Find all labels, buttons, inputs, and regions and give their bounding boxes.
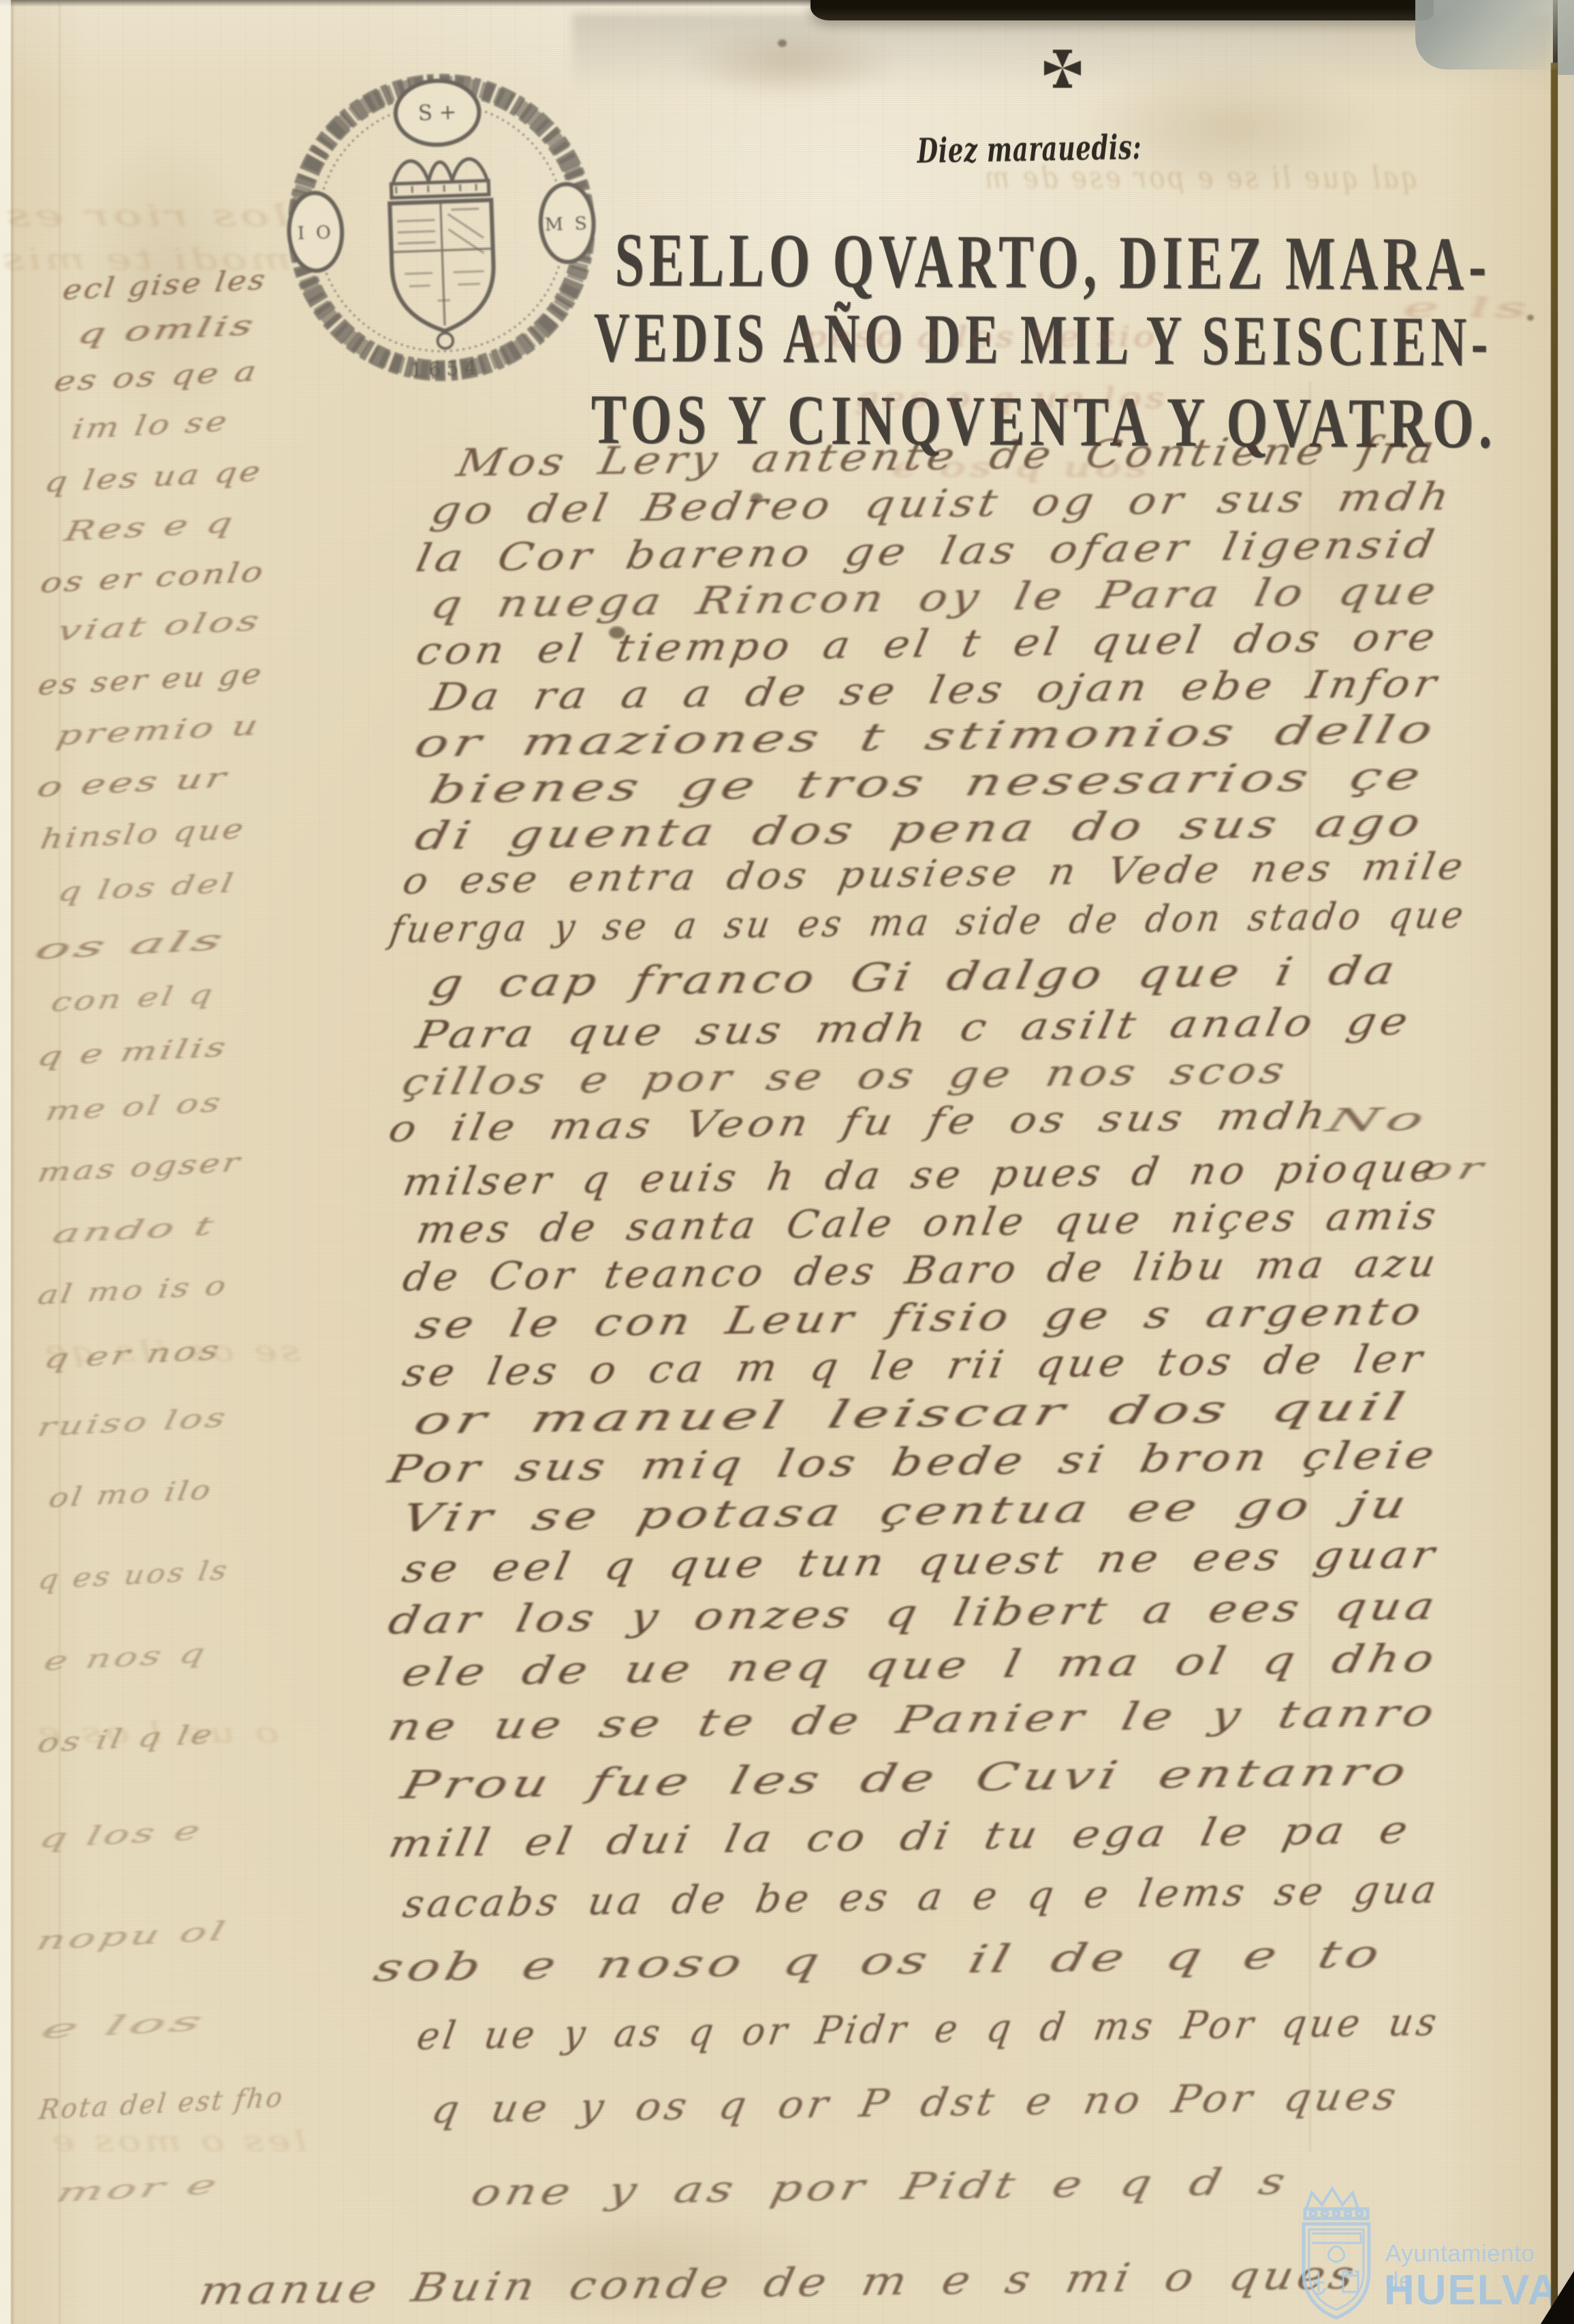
seal-year: 1654 [410, 356, 483, 382]
bleedthrough-line: peso q los ue sio [804, 320, 1158, 353]
ink-speck [609, 626, 625, 639]
handwriting-line: se les o ca m q le rii que tos de ler [399, 1337, 1430, 1395]
seal-top-monogram: S + [418, 101, 457, 126]
handwriting-line: one y as por Pidt e q d s [467, 2159, 1293, 2214]
margin-note-line: os als [31, 924, 230, 966]
handwriting-line: sacabs ua de be es a e q e lems se gua [400, 1868, 1443, 1926]
handwriting-line: o ile mas Veon fu fe os sus mdh [385, 1094, 1333, 1150]
handwriting-line: milser q euis h da se pues d no pioque [400, 1146, 1443, 1205]
printed-seal-text-line: SELLO QVARTO, DIEZ MARA- [614, 217, 1491, 309]
handwriting-line: sob e noso q os il de q e to [370, 1932, 1389, 1990]
handwriting-line: fuerga y se a su es ma side de don stado… [387, 893, 1470, 951]
margin-note-line: q es uos ls [36, 1555, 232, 1595]
handwriting-line: No [1321, 1100, 1435, 1139]
handwriting-line: se le con Leur fisio ge s argento [412, 1289, 1429, 1348]
bleedthrough-line: e ls [1403, 293, 1532, 324]
paper-left-edge-shadow [11, 0, 14, 2324]
paper-stain [681, 25, 899, 99]
margin-note-line: ando t [50, 1210, 220, 1249]
huelva-coat-of-arms-watermark [1291, 2183, 1381, 2324]
paper-stain [1083, 60, 1376, 196]
handwriting-line: Para que sus mdh c asilt analo ge [412, 1000, 1415, 1058]
handwriting-line: Por sus miq los bede si bron çleie [385, 1433, 1443, 1493]
handwriting-line: or maziones t stimonios dello [410, 707, 1442, 766]
handwriting-line: di guenta dos pena do sus ago [411, 800, 1430, 859]
margin-note-line: nopu ol [33, 1915, 232, 1956]
handwriting-line: el ue y as q or Pidr e q d ms Por que us [414, 2000, 1443, 2058]
margin-note-line: os er conlo [38, 556, 268, 600]
handwriting-line: de Cor teanco des Baro de libu ma azu [400, 1241, 1443, 1300]
margin-note-line: Res e q [61, 507, 238, 548]
ink-speck [1527, 315, 1534, 321]
bleedthrough-line: e os q uos [892, 452, 1152, 483]
handwriting-line: dar los y onzes q libert a ees qua [385, 1584, 1443, 1643]
margin-note-line: viat olos [54, 605, 265, 647]
adjacent-page-edge [1558, 0, 1574, 2324]
handwriting-line: bienes ge tros nesesarios çe [425, 754, 1430, 813]
margin-note-line: ruiso los [35, 1402, 231, 1442]
maltese-cross-icon [1041, 48, 1084, 90]
margin-note-line: q e milis [35, 1032, 232, 1072]
document-scan: S + I O M S 1654 Diez marauedis: SELLO Q… [0, 0, 1574, 2324]
margin-note-line: ol mo ilo [47, 1474, 215, 1513]
handwriting-line: Vir se potasa çentua ee go ju [397, 1482, 1415, 1541]
margin-note-line: me ol os [43, 1087, 225, 1126]
margin-note-line: hinslo que [38, 813, 248, 855]
margin-note-line: o ees ur [34, 762, 232, 803]
margin-note-line: q er nos [42, 1335, 224, 1374]
margin-note-line: q los e [37, 1815, 206, 1853]
margin-note-line: premio u [54, 710, 264, 752]
margin-note-line: os il q le [35, 1719, 218, 1758]
handwriting-line: çillos e por se os ge nos scos [398, 1049, 1292, 1104]
paper-left-edge [0, 0, 11, 2324]
seal-right-monogram: M S [544, 213, 590, 236]
margin-note-line: Rota del est fho [37, 2082, 285, 2126]
seal-left-monogram: I O [297, 222, 334, 244]
binding-edge-line [1551, 63, 1558, 2324]
paper-stain [1246, 368, 1458, 722]
scan-corner-gray-patch [1415, 0, 1574, 69]
bleedthrough-line: se os ils qe [41, 1335, 300, 1368]
margin-note-line: con el q [49, 978, 218, 1017]
paper-stain [470, 2206, 824, 2322]
ink-speck [751, 493, 763, 503]
paper-sheet: S + I O M S 1654 Diez marauedis: SELLO Q… [0, 0, 1553, 2324]
margin-note-line: q les ua qe [42, 456, 265, 498]
margin-note-line: mas ogser [35, 1147, 245, 1188]
paper-stain [75, 136, 259, 429]
handwriting-line: q ue y os q or P dst e no Por ques [428, 2074, 1403, 2132]
handwriting-line: mill el dui la co di tu ega le pa e [385, 1808, 1415, 1866]
ink-speck [778, 39, 787, 47]
handwriting-line: mes de santa Cale onle que niçes amis [413, 1194, 1443, 1252]
paper-fold-line-left [59, 0, 61, 2324]
handwriting-line: ele de ue neq que l ma ol q dho [398, 1636, 1442, 1695]
margin-note-line: q los del [56, 867, 238, 907]
handwriting-line: or manuel leiscar dos quil [409, 1385, 1415, 1444]
handwriting-line: ne ue se te de Panier le y tanro [384, 1690, 1443, 1749]
bleedthrough-line: les o mos e [48, 2124, 307, 2158]
handwriting-line: se eel q que tun quest ne ees guar [398, 1533, 1442, 1591]
handwriting-line: g cap franco Gi dalgo que i da [426, 946, 1403, 1006]
official-seal-stamp: S + I O M S 1654 [272, 54, 611, 400]
margin-note-line: es ser eu ge [36, 658, 266, 702]
bleedthrough-line: ges o q ue los [855, 381, 1168, 415]
handwriting-line: or [1418, 1151, 1492, 1188]
margin-note-line: e nos q [42, 1638, 211, 1676]
margin-note-line: al mo is o [35, 1270, 231, 1310]
margin-note-line: mor e [53, 2169, 224, 2208]
margin-note-line: e los [37, 2005, 211, 2044]
top-edge-shadow [0, 0, 817, 7]
bleedthrough-line: o ue l os e [34, 1716, 279, 1749]
handwriting-line: Prou fue les de Cuvi entanro [396, 1749, 1415, 1808]
watermark-label-large: HUELVA [1384, 2266, 1560, 2314]
scan-corner-shadow [1541, 2271, 1574, 2324]
